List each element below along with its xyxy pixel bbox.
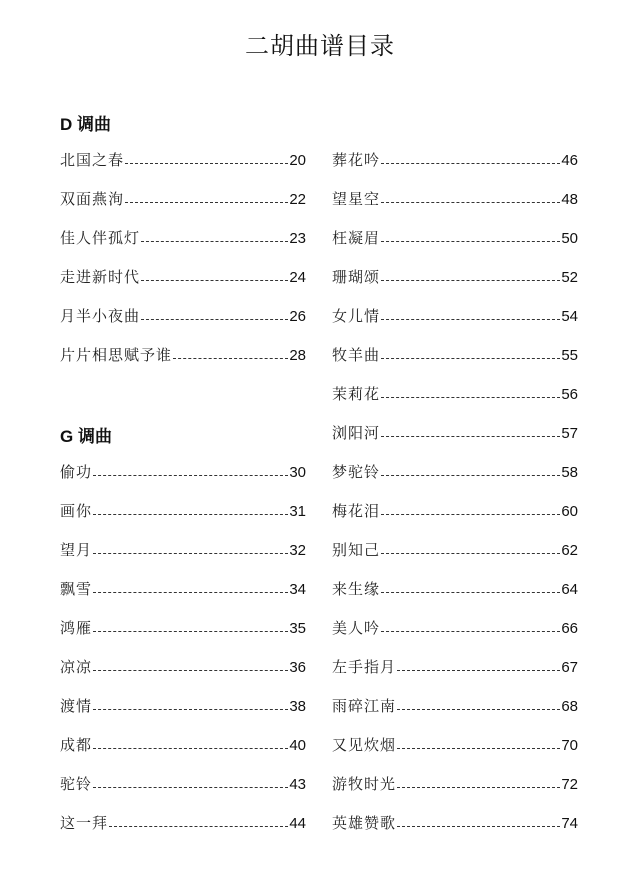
toc-entry[interactable]: 佳人伴孤灯23 [60,227,306,249]
dot-leader [397,747,560,749]
page-number: 55 [561,347,578,364]
dot-leader [125,201,288,203]
toc-entry[interactable]: 飘雪34 [60,578,306,600]
song-title: 成都 [60,734,92,755]
toc-entry[interactable]: 片片相思赋予谁28 [60,344,306,366]
dot-leader [381,474,560,476]
dot-leader [141,318,288,320]
dot-leader [381,396,560,398]
toc-entry[interactable]: 这一拜44 [60,812,306,834]
toc-entry[interactable]: 浏阳河57 [332,422,578,444]
song-title: 别知己 [332,539,380,560]
song-title: 又见炊烟 [332,734,396,755]
page-number: 62 [561,542,578,559]
page-number: 68 [561,698,578,715]
dot-leader [381,318,560,320]
page-number: 23 [289,230,306,247]
section-heading-g-key: G 调曲 [60,422,112,447]
song-title: 月半小夜曲 [60,305,140,326]
page-number: 24 [289,269,306,286]
page-number: 74 [561,815,578,832]
dot-leader [173,357,288,359]
page-number: 70 [561,737,578,754]
page-number: 20 [289,152,306,169]
toc-entry[interactable]: 凉凉36 [60,656,306,678]
dot-leader [381,201,560,203]
dot-leader [93,786,288,788]
dot-leader [93,747,288,749]
page-number: 35 [289,620,306,637]
dot-leader [93,669,288,671]
toc-entry[interactable]: 牧羊曲55 [332,344,578,366]
dot-leader [125,162,288,164]
toc-entry[interactable]: 葬花吟46 [332,149,578,171]
page-number: 67 [561,659,578,676]
toc-entry[interactable]: 女儿情54 [332,305,578,327]
toc-entry[interactable]: 来生缘64 [332,578,578,600]
song-title: 美人吟 [332,617,380,638]
song-title: 鸿雁 [60,617,92,638]
page-number: 57 [561,425,578,442]
song-title: 女儿情 [332,305,380,326]
toc-entry[interactable]: 枉凝眉50 [332,227,578,249]
dot-leader [381,630,560,632]
song-title: 雨碎江南 [332,695,396,716]
page-number: 60 [561,503,578,520]
dot-leader [397,708,560,710]
song-title: 茉莉花 [332,383,380,404]
song-title: 梦驼铃 [332,461,380,482]
dot-leader [381,435,560,437]
page-number: 26 [289,308,306,325]
dot-leader [93,474,288,476]
toc-entry[interactable]: 双面燕洵22 [60,188,306,210]
song-title: 枉凝眉 [332,227,380,248]
dot-leader [381,240,560,242]
page-number: 48 [561,191,578,208]
dot-leader [381,513,560,515]
page-number: 31 [289,503,306,520]
page-number: 52 [561,269,578,286]
dot-leader [381,552,560,554]
song-title: 牧羊曲 [332,344,380,365]
page-number: 36 [289,659,306,676]
toc-entry[interactable]: 鸿雁35 [60,617,306,639]
dot-leader [93,630,288,632]
page-number: 43 [289,776,306,793]
song-title: 凉凉 [60,656,92,677]
dot-leader [93,591,288,593]
song-title: 飘雪 [60,578,92,599]
dot-leader [397,669,560,671]
dot-leader [397,825,560,827]
dot-leader [381,162,560,164]
toc-entry[interactable]: 又见炊烟70 [332,734,578,756]
page-number: 22 [289,191,306,208]
dot-leader [381,591,560,593]
song-title: 望星空 [332,188,380,209]
song-title: 北国之春 [60,149,124,170]
song-title: 英雄赞歌 [332,812,396,833]
song-title: 偷功 [60,461,92,482]
page-number: 32 [289,542,306,559]
song-title: 渡情 [60,695,92,716]
dot-leader [141,279,288,281]
dot-leader [93,708,288,710]
toc-entry[interactable]: 雨碎江南68 [332,695,578,717]
page-number: 38 [289,698,306,715]
dot-leader [381,279,560,281]
song-title: 梅花泪 [332,500,380,521]
song-title: 来生缘 [332,578,380,599]
page-number: 44 [289,815,306,832]
toc-entry[interactable]: 珊瑚颂52 [332,266,578,288]
toc-entry[interactable]: 英雄赞歌74 [332,812,578,834]
toc-entry[interactable]: 渡情38 [60,695,306,717]
dot-leader [93,513,288,515]
toc-entry[interactable]: 茉莉花56 [332,383,578,405]
page-number: 28 [289,347,306,364]
toc-entry[interactable]: 走进新时代24 [60,266,306,288]
section-heading-d-key: D 调曲 [60,110,111,135]
toc-entry[interactable]: 游牧时光72 [332,773,578,795]
song-title: 游牧时光 [332,773,396,794]
page-number: 56 [561,386,578,403]
song-title: 画你 [60,500,92,521]
song-title: 浏阳河 [332,422,380,443]
page-number: 50 [561,230,578,247]
toc-entry[interactable]: 望星空48 [332,188,578,210]
dot-leader [397,786,560,788]
song-title: 双面燕洵 [60,188,124,209]
page-number: 72 [561,776,578,793]
toc-entry[interactable]: 驼铃43 [60,773,306,795]
toc-entry[interactable]: 梦驼铃58 [332,461,578,483]
page-number: 40 [289,737,306,754]
song-title: 片片相思赋予谁 [60,344,172,365]
dot-leader [381,357,560,359]
song-title: 驼铃 [60,773,92,794]
toc-entry[interactable]: 左手指月67 [332,656,578,678]
dot-leader [93,552,288,554]
page-number: 46 [561,152,578,169]
page-number: 54 [561,308,578,325]
page-number: 34 [289,581,306,598]
song-title: 走进新时代 [60,266,140,287]
page-number: 30 [289,464,306,481]
page-number: 64 [561,581,578,598]
toc-entry[interactable]: 望月32 [60,539,306,561]
toc-entry[interactable]: 北国之春20 [60,149,306,171]
toc-entry[interactable]: 成都40 [60,734,306,756]
song-title: 珊瑚颂 [332,266,380,287]
page-title: 二胡曲谱目录 [0,26,640,61]
toc-entry[interactable]: 画你31 [60,500,306,522]
toc-entry[interactable]: 美人吟66 [332,617,578,639]
dot-leader [141,240,288,242]
song-title: 望月 [60,539,92,560]
song-title: 左手指月 [332,656,396,677]
toc-entry[interactable]: 梅花泪60 [332,500,578,522]
page-number: 66 [561,620,578,637]
song-title: 佳人伴孤灯 [60,227,140,248]
dot-leader [109,825,288,827]
page-number: 58 [561,464,578,481]
song-title: 这一拜 [60,812,108,833]
toc-entry[interactable]: 偷功30 [60,461,306,483]
toc-entry[interactable]: 别知己62 [332,539,578,561]
toc-entry[interactable]: 月半小夜曲26 [60,305,306,327]
song-title: 葬花吟 [332,149,380,170]
